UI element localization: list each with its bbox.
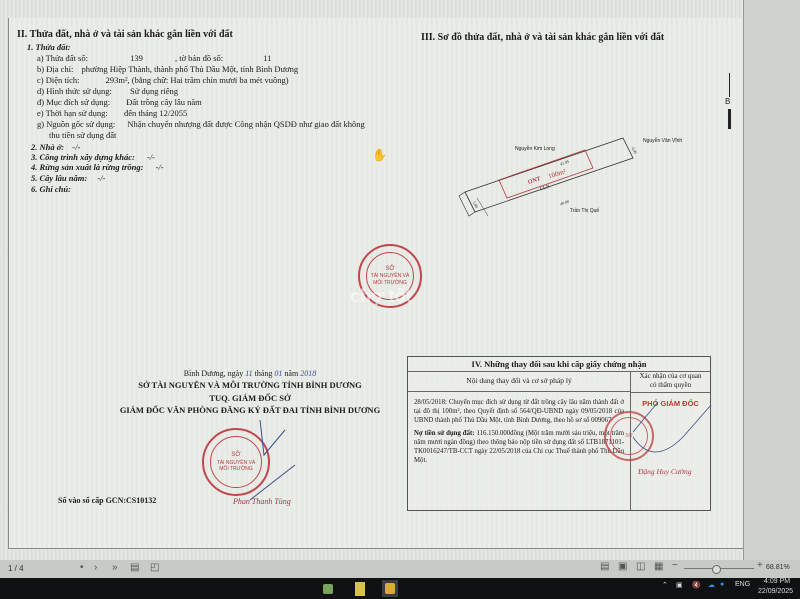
zoom-in-icon[interactable]: +	[757, 560, 763, 571]
item-forest: 4. Rừng sản xuất là rừng trồng: -/-	[31, 162, 164, 172]
map-sheet-number: 11	[263, 53, 271, 63]
date-prefix: Bình Dương, ngày	[184, 369, 243, 378]
purpose-label: đ) Mục đích sử dụng:	[37, 97, 110, 107]
zoom-level: 68.81%	[766, 564, 790, 571]
date-day: 11	[245, 369, 252, 378]
neighbor-right: Nguyễn Văn Vĩnh	[643, 138, 682, 144]
clock-time[interactable]: 4:09 PM	[764, 578, 790, 585]
taskbar-app-2[interactable]	[355, 582, 365, 596]
section3-title: III. Sơ đồ thửa đất, nhà ở và tài sản kh…	[421, 32, 664, 43]
form-row: d) Hình thức sử dụng: Sử dụng riêng	[37, 86, 178, 96]
area-row: c) Diện tích: 293m², (bằng chữ: Hai trăm…	[37, 75, 289, 85]
col2-header-line1: Xác nhận của cơ quan	[631, 372, 710, 381]
address-label: b) Địa chỉ:	[37, 64, 73, 74]
single-page-icon[interactable]: ▤	[600, 561, 609, 572]
entry2-label: Nợ tiền sử dụng đất:	[414, 430, 475, 437]
col1-header: Nội dung thay đổi và cơ sở pháp lý	[408, 371, 630, 392]
north-arrow-line-bottom	[728, 109, 731, 129]
item-perennial: 5. Cây lâu năm: -/-	[31, 173, 105, 183]
date-year: 2018	[300, 369, 316, 378]
origin-label: g) Nguồn gốc sử dụng:	[37, 119, 115, 129]
bottom-bars: 1 / 4 • › » ▤ ◰ ▤ ▣ ◫ ▦ − + 68.81% ⌃ ▣ 🔇…	[0, 560, 800, 599]
term-value: đến tháng 12/2055	[124, 108, 187, 118]
taskbar-app-1[interactable]	[323, 584, 333, 594]
form-label: d) Hình thức sử dụng:	[37, 86, 112, 96]
changes-content-column: Nội dung thay đổi và cơ sở pháp lý 28/05…	[408, 371, 631, 510]
item-house-value: -/-	[72, 142, 80, 152]
purpose-row: đ) Mục đích sử dụng: Đất trồng cây lâu n…	[37, 97, 202, 107]
parcel-row: a) Thửa đất số: 139 , tờ bản đồ số: 11	[37, 53, 271, 63]
section2-title: II. Thửa đất, nhà ở và tài sản khác gắn …	[17, 29, 233, 40]
volume-muted-icon[interactable]: 🔇	[692, 581, 701, 589]
signature-stroke	[240, 415, 300, 505]
section4-title: IV. Những thay đổi sau khi cấp giấy chứn…	[408, 357, 710, 372]
origin-value-2: thu tiền sử dụng đất	[49, 130, 116, 140]
form-value: Sử dụng riêng	[130, 86, 178, 96]
change-entry-1: 28/05/2018: Chuyển mục đích sử dụng từ đ…	[408, 392, 630, 425]
parcel-label: a) Thửa đất số:	[37, 53, 88, 63]
next-page-icon[interactable]: ›	[94, 562, 97, 573]
date-month: 01	[274, 369, 282, 378]
date-month-label: tháng	[255, 369, 273, 378]
signature-position: GIÁM ĐỐC VĂN PHÒNG ĐĂNG KÝ ĐẤT ĐAI TỈNH …	[90, 405, 410, 415]
last-page-icon[interactable]: »	[112, 562, 118, 573]
taskbar-app-3-icon	[385, 583, 395, 594]
land-heading: 1. Thửa đất:	[27, 42, 71, 52]
col2-header: Xác nhận của cơ quan có thẩm quyền	[631, 371, 710, 393]
signature-on-behalf: TUQ. GIÁM ĐỐC SỞ	[100, 393, 400, 403]
tray-overflow-icon[interactable]: ⌃	[662, 581, 668, 589]
term-row: e) Thời hạn sử dụng: đến tháng 12/2055	[37, 108, 187, 118]
item-forest-label: 4. Rừng sản xuất là rừng trồng:	[31, 162, 143, 172]
registry-number: Số vào sổ cấp GCN:CS10132	[58, 496, 156, 505]
area-label: c) Diện tích:	[37, 75, 79, 85]
parcel-number: 139	[130, 53, 143, 63]
viewer-statusbar: 1 / 4 • › » ▤ ◰ ▤ ▣ ◫ ▦ − + 68.81%	[0, 560, 800, 578]
hand-cursor-icon: ✋	[372, 148, 387, 163]
windows-taskbar: ⌃ ▣ 🔇 ☁ ● ENG 4:09 PM 22/09/2025	[0, 578, 800, 599]
signature-date: Bình Dương, ngày 11 tháng 01 năm 2018	[100, 369, 400, 378]
col2-header-line2: có thẩm quyền	[631, 381, 710, 390]
item-perennial-value: -/-	[97, 173, 105, 183]
address-row: b) Địa chỉ: phường Hiệp Thành, thành phố…	[37, 64, 298, 74]
onedrive-icon[interactable]: ☁	[708, 581, 715, 589]
item-perennial-label: 5. Cây lâu năm:	[31, 173, 87, 183]
confirm-signature-stroke	[613, 397, 713, 462]
taskbar-app-3[interactable]	[382, 580, 398, 597]
north-arrow-line-top	[729, 73, 730, 97]
document-viewport: II. Thửa đất, nhà ở và tài sản khác gắn …	[0, 0, 800, 560]
cloud-icon[interactable]: ●	[720, 581, 724, 588]
term-label: e) Thời hạn sử dụng:	[37, 108, 108, 118]
prev-page-icon[interactable]: •	[80, 562, 84, 573]
signer-name: Phan Thanh Tùng	[233, 497, 291, 506]
continuous-icon[interactable]: ▣	[618, 561, 627, 572]
page-indicator: 1 / 4	[8, 564, 24, 573]
north-label: B	[725, 97, 730, 106]
zoom-slider-knob[interactable]	[712, 565, 721, 574]
item-notes: 6. Ghi chú:	[31, 184, 71, 194]
purpose-value: Đất trồng cây lâu năm	[126, 97, 202, 107]
date-year-label: năm	[284, 369, 298, 378]
book-view-icon[interactable]: ▦	[654, 561, 663, 572]
confirm-signer: Đặng Huy Cường	[638, 467, 692, 476]
address-value: phường Hiệp Thành, thành phố Thủ Dầu Một…	[81, 64, 298, 74]
viewer-margin	[743, 0, 800, 560]
item-construction: 3. Công trình xây dựng khác: -/-	[31, 152, 155, 162]
neighbor-top: Nguyễn Kim Long	[515, 146, 555, 152]
map-sheet-label: , tờ bản đồ số:	[175, 53, 223, 63]
network-icon[interactable]: ▣	[676, 581, 683, 589]
changes-table: IV. Những thay đổi sau khi cấp giấy chứn…	[407, 356, 711, 511]
rotate-icon[interactable]: ◰	[150, 562, 159, 573]
item-house: 2. Nhà ở: -/-	[31, 142, 80, 152]
item-construction-value: -/-	[147, 152, 155, 162]
origin-row: g) Nguồn gốc sử dụng: Nhận chuyển nhượng…	[37, 119, 365, 129]
zoom-slider[interactable]	[684, 568, 754, 569]
item-forest-value: -/-	[156, 162, 164, 172]
two-page-icon[interactable]: ◫	[636, 561, 645, 572]
signature-org: SỞ TÀI NGUYÊN VÀ MÔI TRƯỜNG TỈNH BÌNH DƯ…	[100, 380, 400, 390]
item-house-label: 2. Nhà ở:	[31, 142, 64, 152]
clock-date[interactable]: 22/09/2025	[758, 588, 793, 595]
change-entry-2: Nợ tiền sử dụng đất: 116.150.000đồng (Mộ…	[408, 425, 630, 465]
zoom-out-icon[interactable]: −	[672, 560, 678, 571]
origin-value-1: Nhận chuyển nhượng đất được Công nhận QS…	[127, 119, 364, 129]
watermark: chợ tốt	[350, 286, 412, 307]
neighbor-bottom: Trần Thị Quế	[570, 208, 599, 214]
area-value: 293m², (bằng chữ: Hai trăm chín mươi ba …	[106, 75, 289, 85]
item-notes-label: 6. Ghi chú:	[31, 184, 71, 194]
north-arrow: B	[724, 73, 736, 133]
page-view-icon[interactable]: ▤	[130, 562, 139, 573]
item-construction-label: 3. Công trình xây dựng khác:	[31, 152, 135, 162]
language-indicator[interactable]: ENG	[735, 581, 750, 588]
